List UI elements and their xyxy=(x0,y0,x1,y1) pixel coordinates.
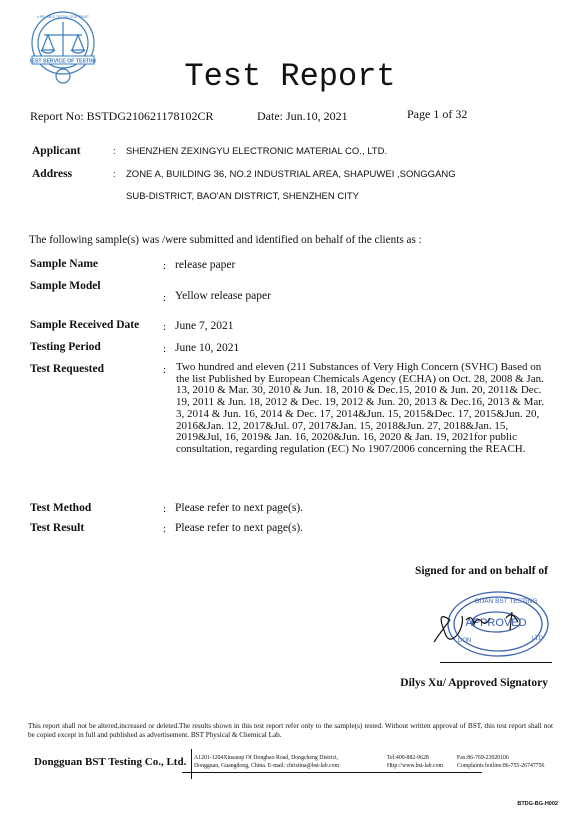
test-result-colon: : xyxy=(163,523,166,535)
footer-divider-vertical xyxy=(191,749,192,779)
applicant-value: SHENZHEN ZEXINGYU ELECTRONIC MATERIAL CO… xyxy=(126,146,387,157)
footer-complaints: Complaints hotline:86-755-26747756 xyxy=(457,762,544,770)
test-requested-colon: : xyxy=(163,364,166,376)
test-requested-value: Two hundred and eleven (211 Substances o… xyxy=(176,362,551,456)
applicant-colon: : xyxy=(113,146,116,157)
sample-name-colon: : xyxy=(163,260,166,272)
received-date-colon: : xyxy=(163,321,166,333)
svg-text:GUAN BST TESTING: GUAN BST TESTING xyxy=(475,598,538,605)
sample-model-value: Yellow release paper xyxy=(175,290,271,302)
applicant-label: Applicant xyxy=(32,145,81,157)
test-method-colon: : xyxy=(163,503,166,515)
intro-text: The following sample(s) was /were submit… xyxy=(29,234,422,246)
approved-stamp-icon: APPROVED GUAN BST TESTING DON LTD xyxy=(428,590,550,658)
test-requested-label: Test Requested xyxy=(30,363,104,375)
footer-fax: Fax:86-769-23020106 xyxy=(457,754,509,762)
sample-model-colon: : xyxy=(163,292,166,304)
footer-address-1: A1201-1204Xinsanqi Of Dongbao Road, Dong… xyxy=(194,754,338,762)
address-colon: : xyxy=(113,169,116,180)
testing-period-label: Testing Period xyxy=(30,341,101,353)
test-result-label: Test Result xyxy=(30,522,84,534)
received-date-value: June 7, 2021 xyxy=(175,320,233,332)
sample-name-value: release paper xyxy=(175,259,235,271)
svg-text:DON: DON xyxy=(458,638,471,644)
footer-divider-horizontal xyxy=(182,772,482,773)
address-line-1: ZONE A, BUILDING 36, NO.2 INDUSTRIAL ARE… xyxy=(126,169,456,180)
address-label: Address xyxy=(32,168,72,180)
footer-website[interactable]: Http://www.bst-lab.com xyxy=(387,762,443,770)
test-method-value: Please refer to next page(s). xyxy=(175,502,303,514)
signatory-name: Dilys Xu/ Approved Signatory xyxy=(400,677,548,689)
svg-text:LTD: LTD xyxy=(532,636,544,642)
testing-period-colon: : xyxy=(163,343,166,355)
document-code: BTDG-BG-H002 xyxy=(517,801,558,807)
report-number: Report No: BSTDG210621178102CR xyxy=(30,109,214,124)
received-date-label: Sample Received Date xyxy=(30,319,139,331)
test-result-value: Please refer to next page(s). xyxy=(175,522,303,534)
report-date: Date: Jun.10, 2021 xyxy=(257,109,348,124)
testing-period-value: June 10, 2021 xyxy=(175,342,239,354)
signed-for-label: Signed for and on behalf of xyxy=(415,565,548,577)
page-indicator: Page 1 of 32 xyxy=(407,107,467,122)
signature-line xyxy=(440,662,552,663)
footer-tel: Tel:400-882-9628 xyxy=(387,754,429,762)
page-title: Test Report xyxy=(0,58,580,95)
company-name: Dongguan BST Testing Co., Ltd. xyxy=(34,756,186,768)
sample-model-label: Sample Model xyxy=(30,280,101,292)
sample-name-label: Sample Name xyxy=(30,258,98,270)
disclaimer-text: This report shall not be altered,increas… xyxy=(28,722,553,740)
test-method-label: Test Method xyxy=(30,502,91,514)
footer-address-2: Dongguan, Guangdong, China. E-mail: chri… xyxy=(194,762,339,770)
svg-text:A RELIABLE TESTING FOR TRUST: A RELIABLE TESTING FOR TRUST xyxy=(37,15,89,19)
address-line-2: SUB-DISTRICT, BAO'AN DISTRICT, SHENZHEN … xyxy=(126,191,359,202)
